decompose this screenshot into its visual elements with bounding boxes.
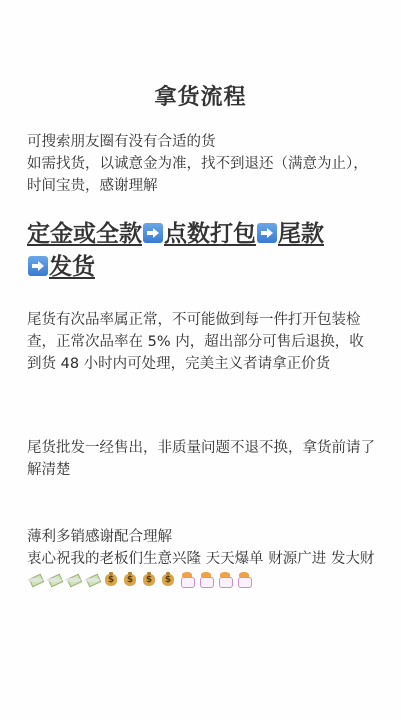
process-step-3: 尾款 <box>278 221 324 247</box>
intro-line-2: 如需找货，以诚意金为准，找不到退还（满意为止），时间宝贵，感谢理解 <box>27 153 377 197</box>
page: 拿货流程 可搜索朋友圈有没有合适的货 如需找货，以诚意金为准，找不到退还（满意为… <box>0 0 401 720</box>
gift-ribbon-icon <box>236 572 253 587</box>
process-step-4: 发货 <box>49 254 95 280</box>
right-arrow-icon <box>28 256 48 276</box>
process-step-2: 点数打包 <box>164 221 256 247</box>
money-with-wings-icon <box>46 572 63 587</box>
defects-note: 尾货有次品率属正常，不可能做到每一件打开包装检查，正常次品率在 5% 内，超出部… <box>27 309 377 375</box>
gift-ribbon-icon <box>198 572 215 587</box>
process-steps: 定金或全款点数打包尾款发货 <box>27 218 387 284</box>
closing-line-1: 薄利多销感谢配合理解 <box>27 526 377 548</box>
intro-line-1: 可搜索朋友圈有没有合适的货 <box>27 131 377 153</box>
emoji-row <box>27 573 255 589</box>
money-with-wings-icon <box>65 572 82 587</box>
right-arrow-icon <box>257 223 277 243</box>
closing-text: 薄利多销感谢配合理解 衷心祝我的老板们生意兴隆 天天爆单 财源广进 发大财 <box>27 526 377 592</box>
wholesale-note: 尾货批发一经售出，非质量问题不退不换，拿货前请了解清楚 <box>27 437 377 481</box>
process-step-1: 定金或全款 <box>27 221 142 247</box>
money-bag-icon <box>103 572 120 587</box>
page-title: 拿货流程 <box>0 80 401 111</box>
money-with-wings-icon <box>84 572 101 587</box>
closing-line-2: 衷心祝我的老板们生意兴隆 天天爆单 财源广进 发大财 <box>27 548 377 592</box>
gift-ribbon-icon <box>217 572 234 587</box>
right-arrow-icon <box>143 223 163 243</box>
money-bag-icon <box>141 572 158 587</box>
closing-line-2-text: 衷心祝我的老板们生意兴隆 天天爆单 财源广进 发大财 <box>27 551 374 567</box>
gift-ribbon-icon <box>179 572 196 587</box>
money-bag-icon <box>160 572 177 587</box>
money-bag-icon <box>122 572 139 587</box>
money-with-wings-icon <box>27 572 44 587</box>
intro-text: 可搜索朋友圈有没有合适的货 如需找货，以诚意金为准，找不到退还（满意为止），时间… <box>27 131 377 197</box>
